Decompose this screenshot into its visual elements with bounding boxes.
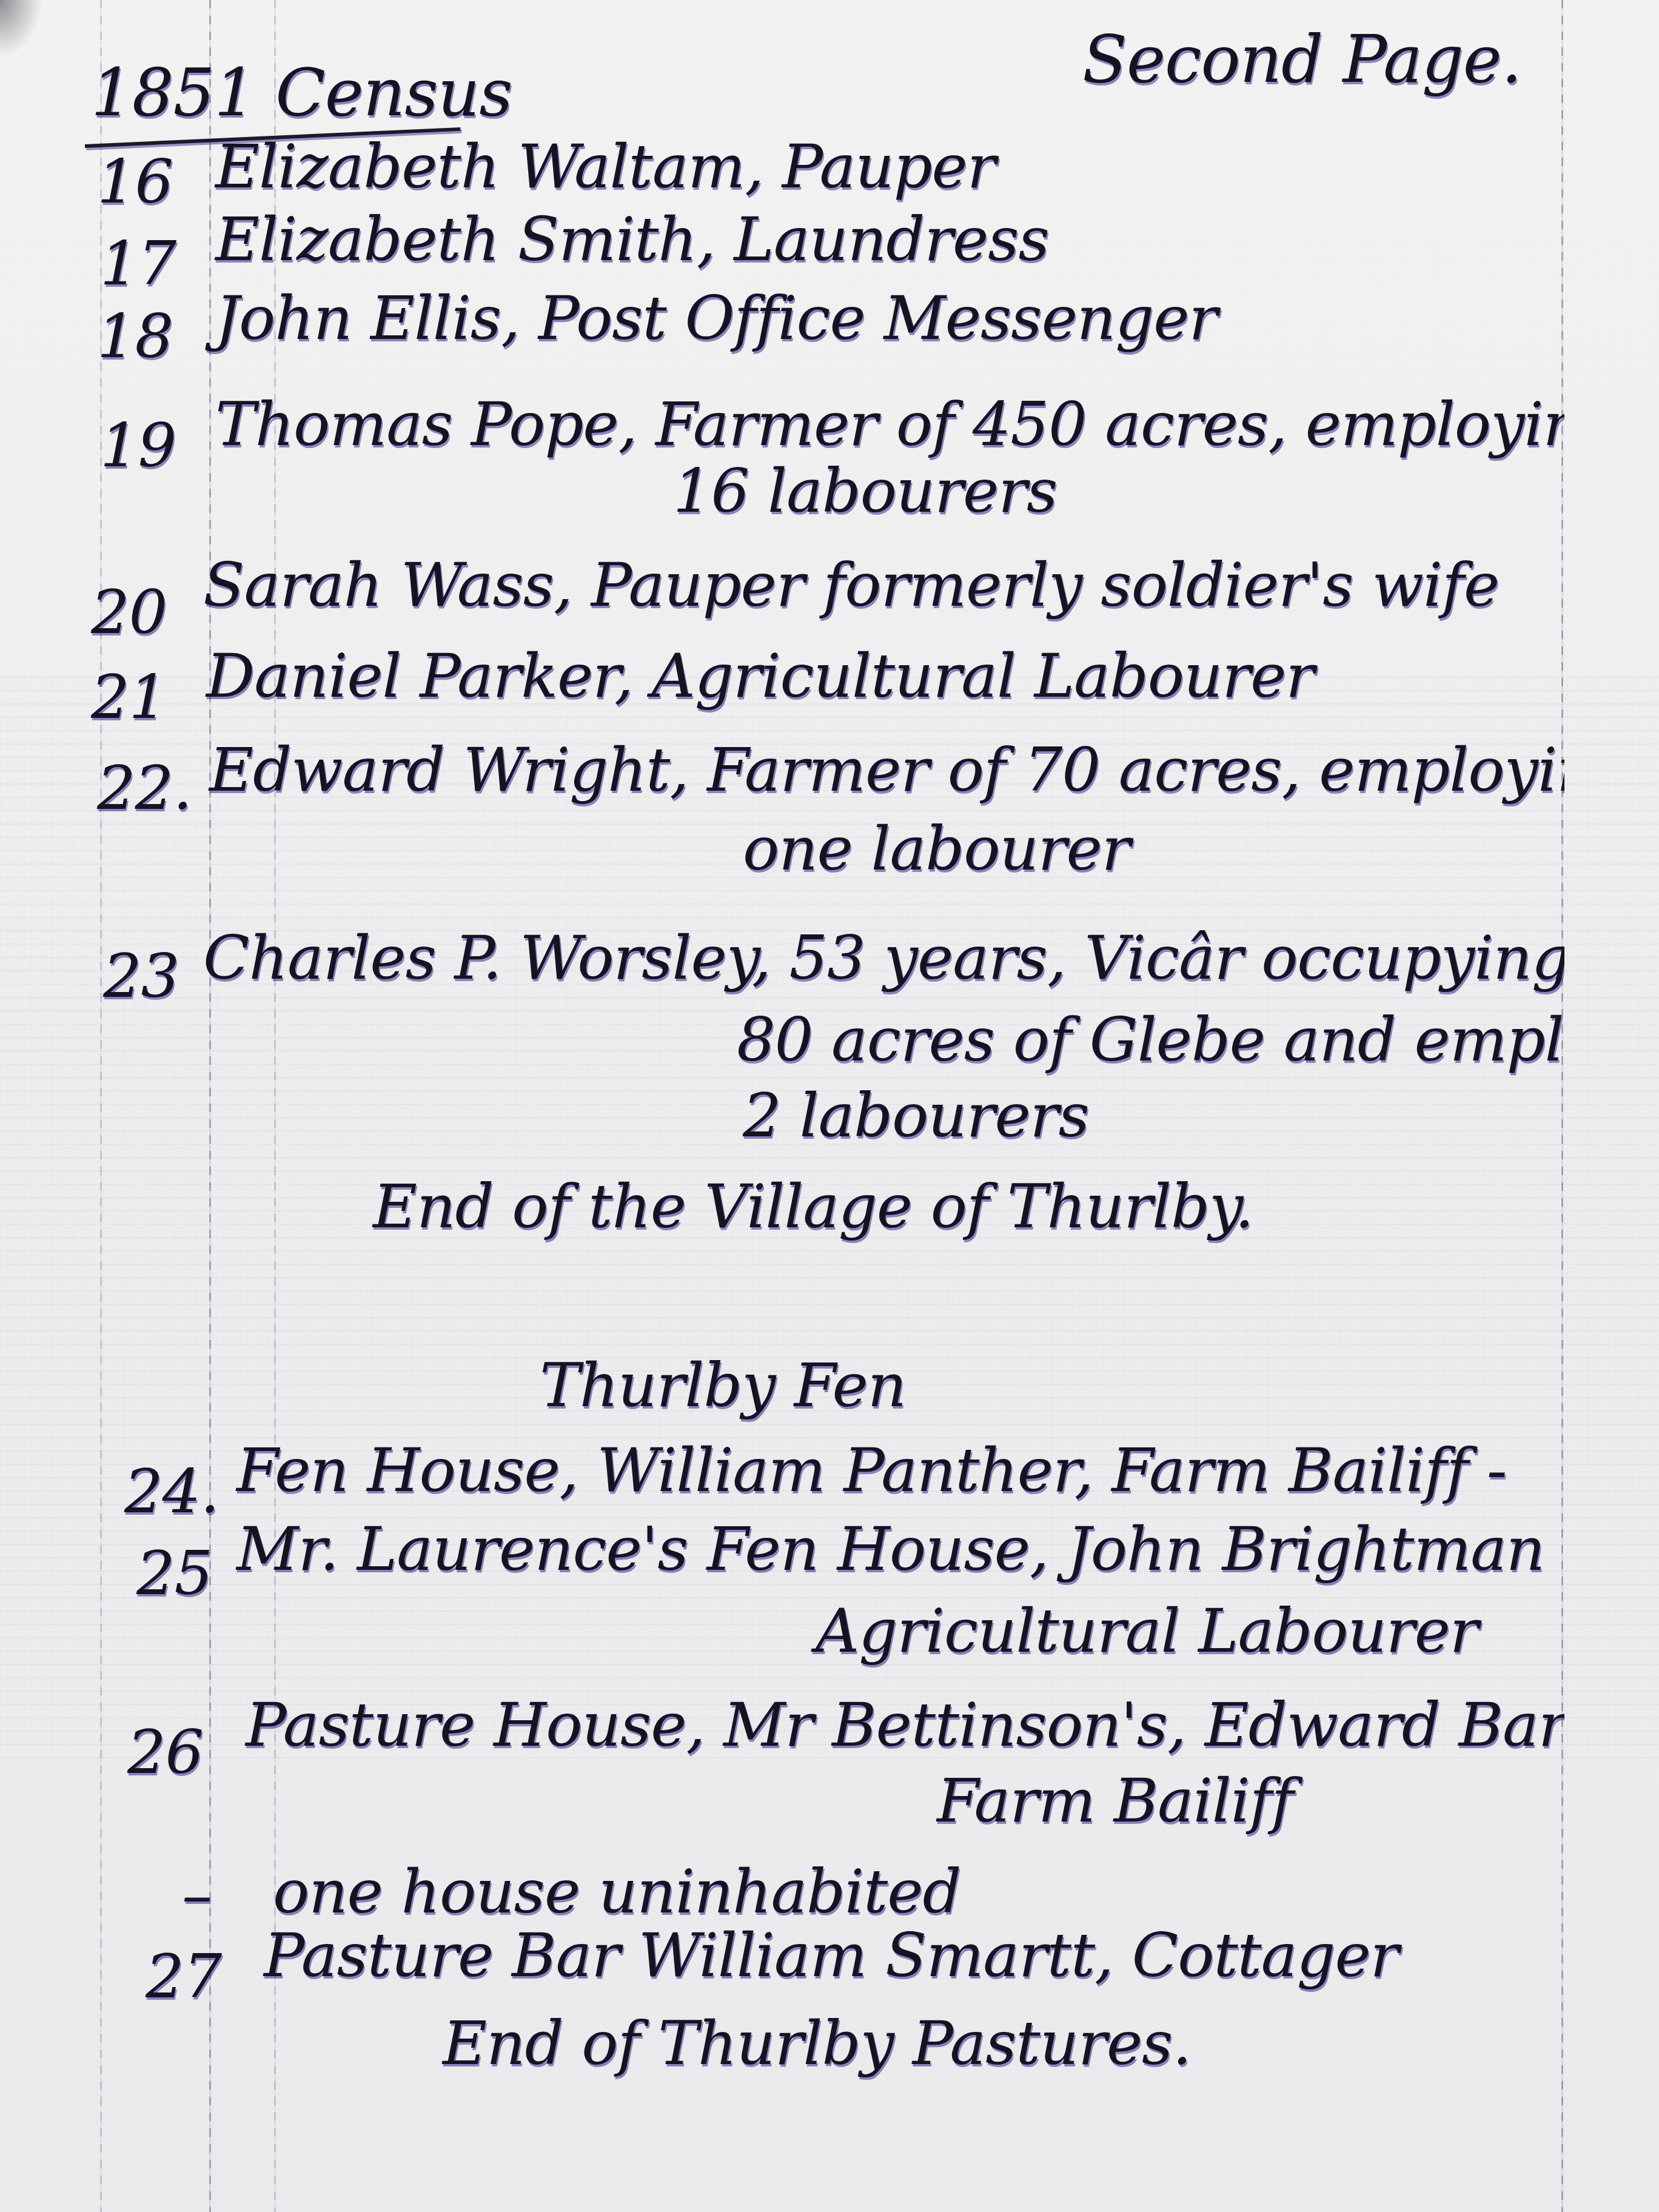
entry-number: 26 bbox=[127, 1722, 203, 1783]
entry-continuation: Farm Bailiff bbox=[937, 1771, 1293, 1831]
document-heading: 1851 Census bbox=[91, 61, 512, 126]
section-end-pastures: End of Thurlby Pastures. bbox=[443, 2013, 1191, 2074]
entry-text: Mr. Laurence's Fen House, John Brightman bbox=[236, 1519, 1544, 1580]
entry-text: Elizabeth Waltam, Pauper bbox=[215, 136, 996, 197]
entry-number: 20 bbox=[91, 582, 167, 643]
section-heading-fen: Thurlby Fen bbox=[540, 1355, 906, 1416]
entry-text: Thomas Pope, Farmer of 450 acres, employ… bbox=[215, 394, 1564, 455]
entry-text: one house uninhabited bbox=[273, 1862, 960, 1922]
entry-text: Pasture Bar William Smartt, Cottager bbox=[264, 1925, 1398, 1986]
entry-row-clip: 26 Pasture House, Mr Bettinson's, Edward… bbox=[0, 1674, 1564, 1795]
entry-text: Pasture House, Mr Bettinson's, Edward Ba… bbox=[246, 1695, 1564, 1755]
entry-text: Fen House, William Panther, Farm Bailiff… bbox=[236, 1440, 1507, 1501]
entry-text: Daniel Parker, Agricultural Labourer bbox=[206, 646, 1314, 706]
entry-text: Charles P. Worsley, 53 years, Vicâr occu… bbox=[203, 928, 1564, 988]
entry-number: 27 bbox=[146, 1946, 221, 2007]
entry-continuation: Agricultural Labourer bbox=[816, 1601, 1478, 1661]
entry-number: – bbox=[182, 1865, 212, 1925]
entry-continuation: 80 acres of Glebe and employ bbox=[737, 1010, 1564, 1070]
entry-number: 19 bbox=[100, 415, 176, 476]
entry-continuation: 2 labourers bbox=[743, 1085, 1089, 1146]
entry-continuation: one labourer bbox=[743, 819, 1130, 879]
entry-text: Edward Wright, Farmer of 70 acres, emplo… bbox=[209, 740, 1564, 800]
entry-number: 16 bbox=[97, 152, 173, 212]
section-end-village: End of the Village of Thurlby. bbox=[373, 1176, 1253, 1237]
entry-text: Elizabeth Smith, Laundress bbox=[215, 209, 1049, 270]
entry-text: John Ellis, Post Office Messenger bbox=[215, 288, 1217, 349]
document-page: Second Page. 1851 Census 16 Elizabeth Wa… bbox=[0, 0, 1659, 2212]
entry-continuation: 16 labourers bbox=[673, 461, 1057, 521]
entry-number: 18 bbox=[97, 306, 173, 367]
entry-text: Sarah Wass, Pauper formerly soldier's wi… bbox=[203, 555, 1499, 615]
entry-number: 24. bbox=[124, 1461, 219, 1522]
page-label: Second Page. bbox=[1082, 27, 1521, 93]
entry-number: 22. bbox=[97, 758, 192, 819]
entry-number: 17 bbox=[100, 233, 176, 294]
entry-number: 25 bbox=[136, 1543, 212, 1604]
